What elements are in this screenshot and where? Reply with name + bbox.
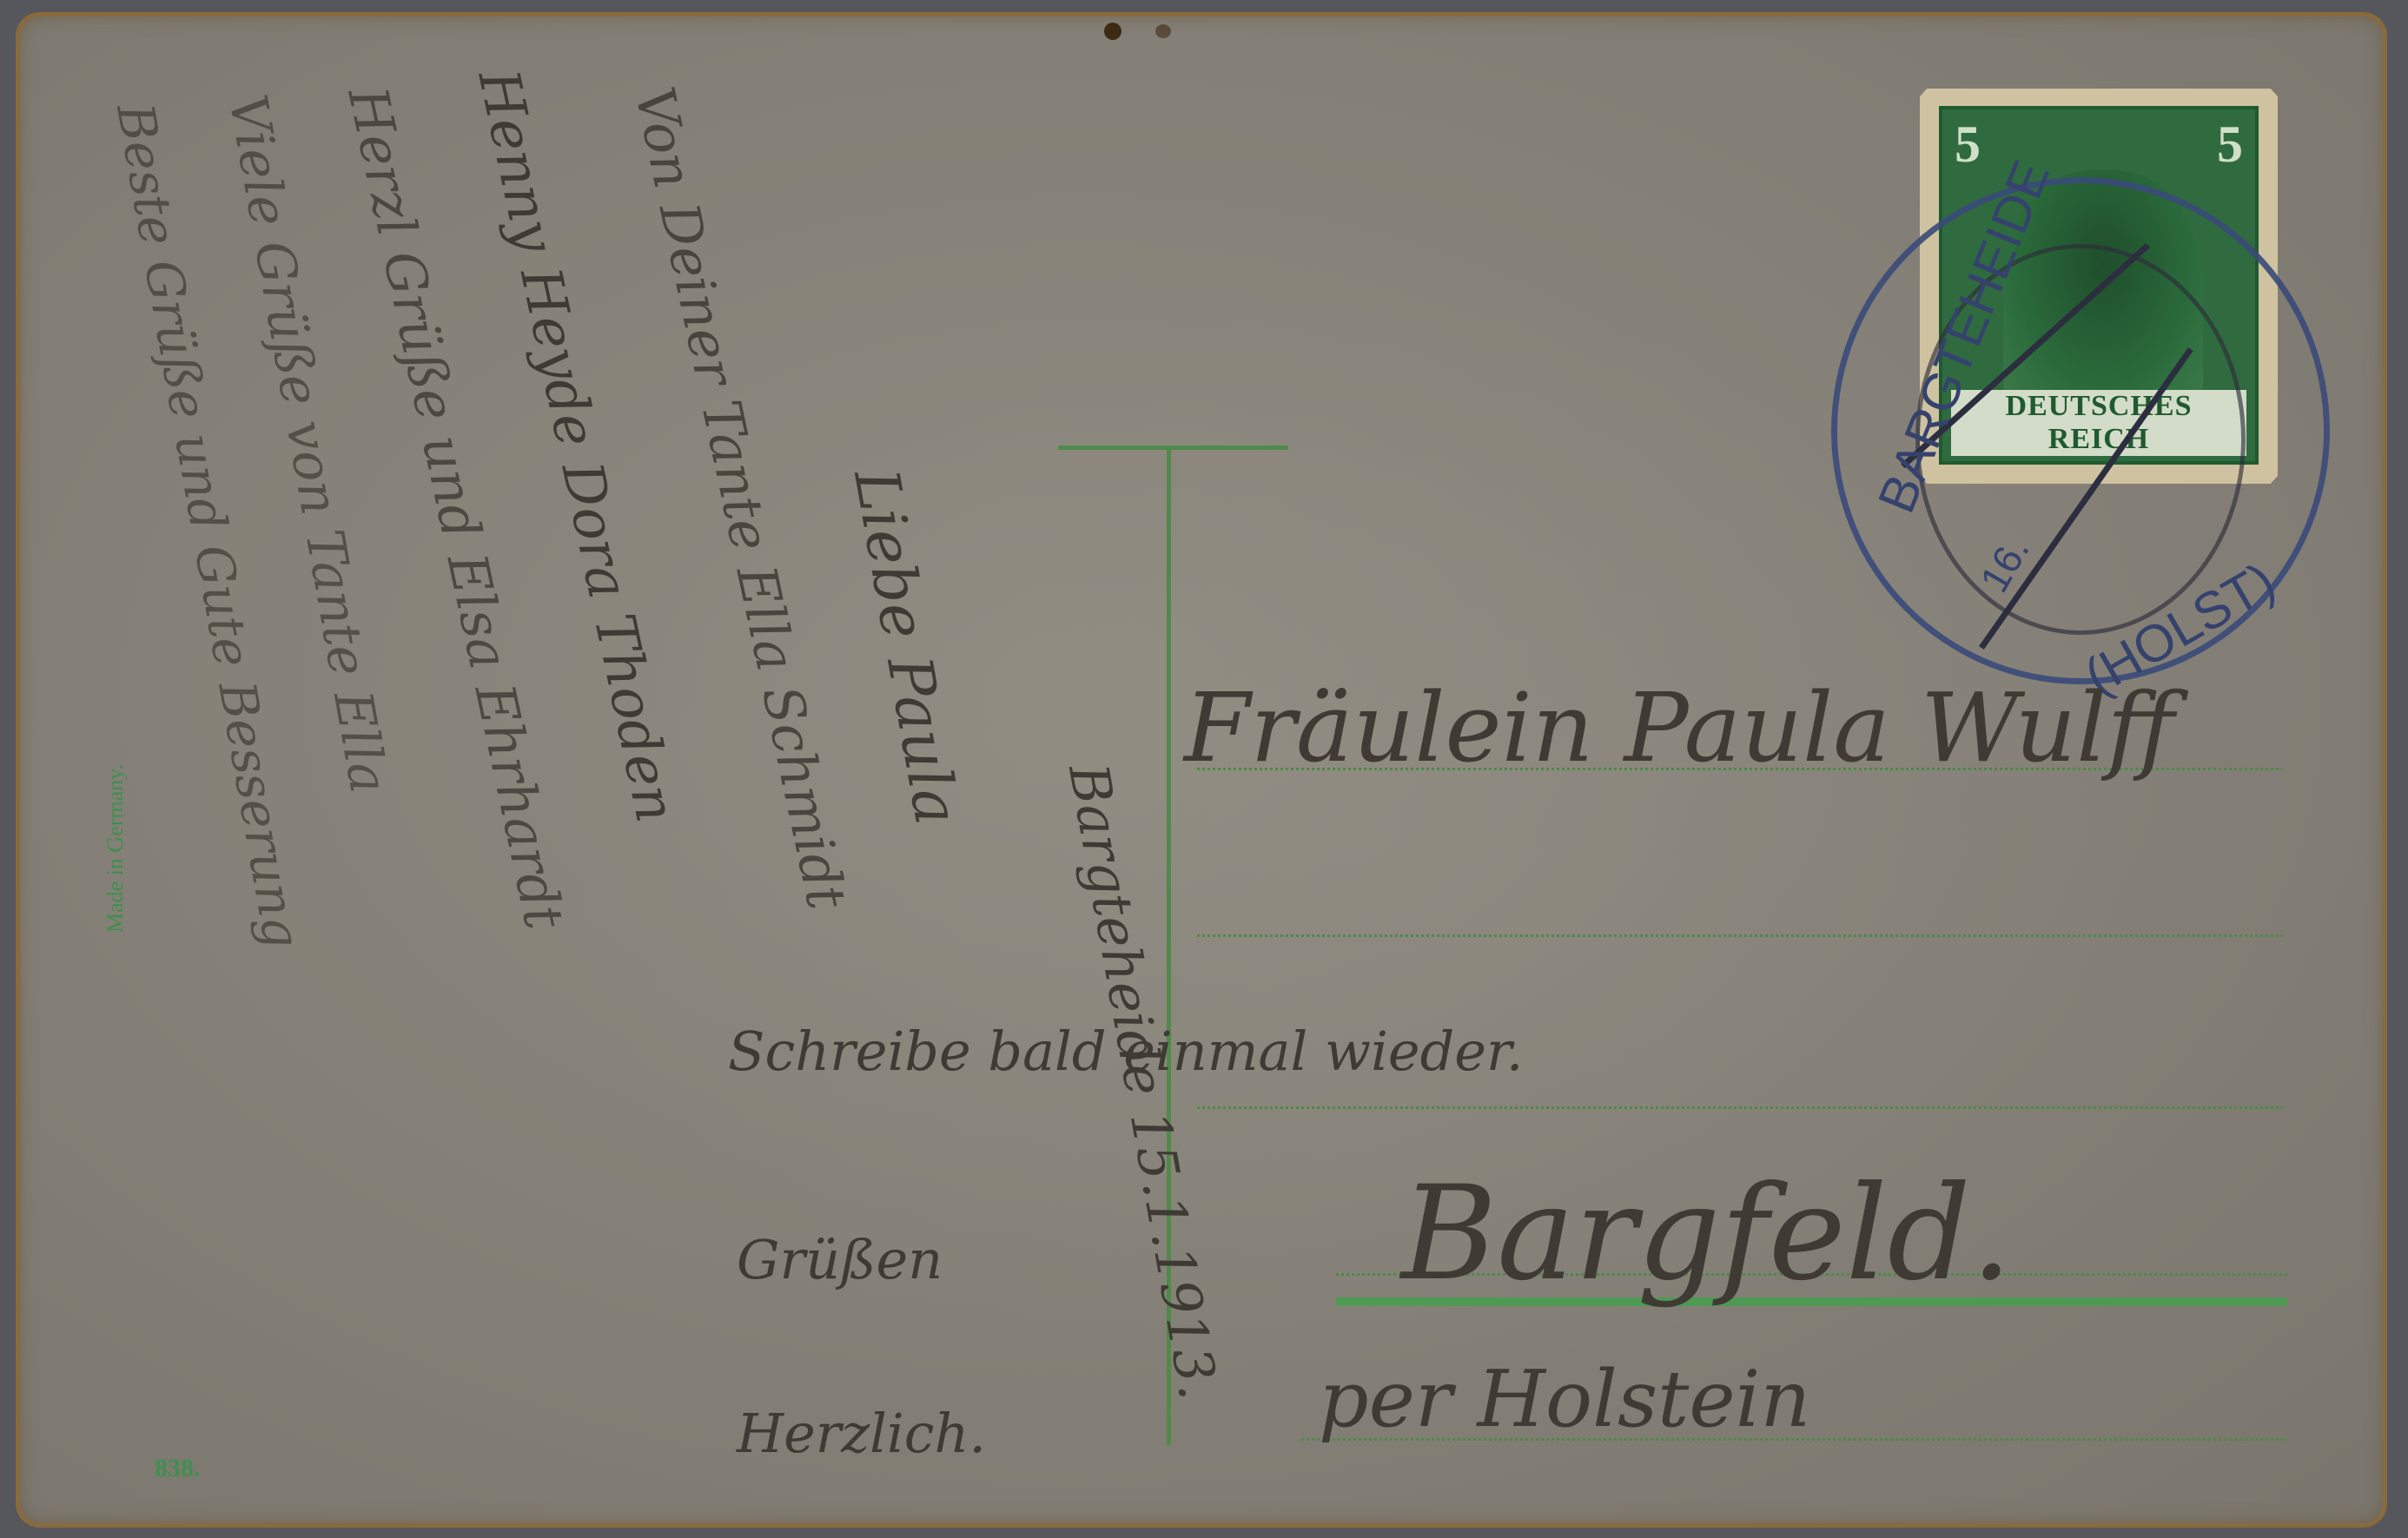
- message-line: Herzlich.: [737, 1402, 986, 1465]
- card-number: 838.: [155, 1454, 201, 1483]
- message-line: Schreibe bald einmal wieder.: [728, 1020, 1524, 1083]
- message-line: Grüßen: [737, 1228, 943, 1291]
- address-line-3: [1197, 1106, 2283, 1109]
- stamp-value-right: 5: [2217, 115, 2243, 175]
- address-recipient: Fräulein Paula Wulff: [1184, 672, 2174, 783]
- stain-spot: [1104, 23, 1121, 40]
- made-in-germany-imprint: Made in Germany.: [103, 764, 129, 933]
- stamp-value-left: 5: [1955, 115, 1981, 175]
- address-region: per Holstein: [1319, 1354, 1810, 1445]
- postcard: Made in Germany. 838. 5 5 DEUTSCHES REIC…: [16, 12, 2387, 1528]
- address-line-2: [1197, 934, 2283, 937]
- stain-spot: [1155, 24, 1171, 38]
- divider-top-bar: [1058, 446, 1288, 450]
- address-town: Bargfeld.: [1401, 1158, 2012, 1310]
